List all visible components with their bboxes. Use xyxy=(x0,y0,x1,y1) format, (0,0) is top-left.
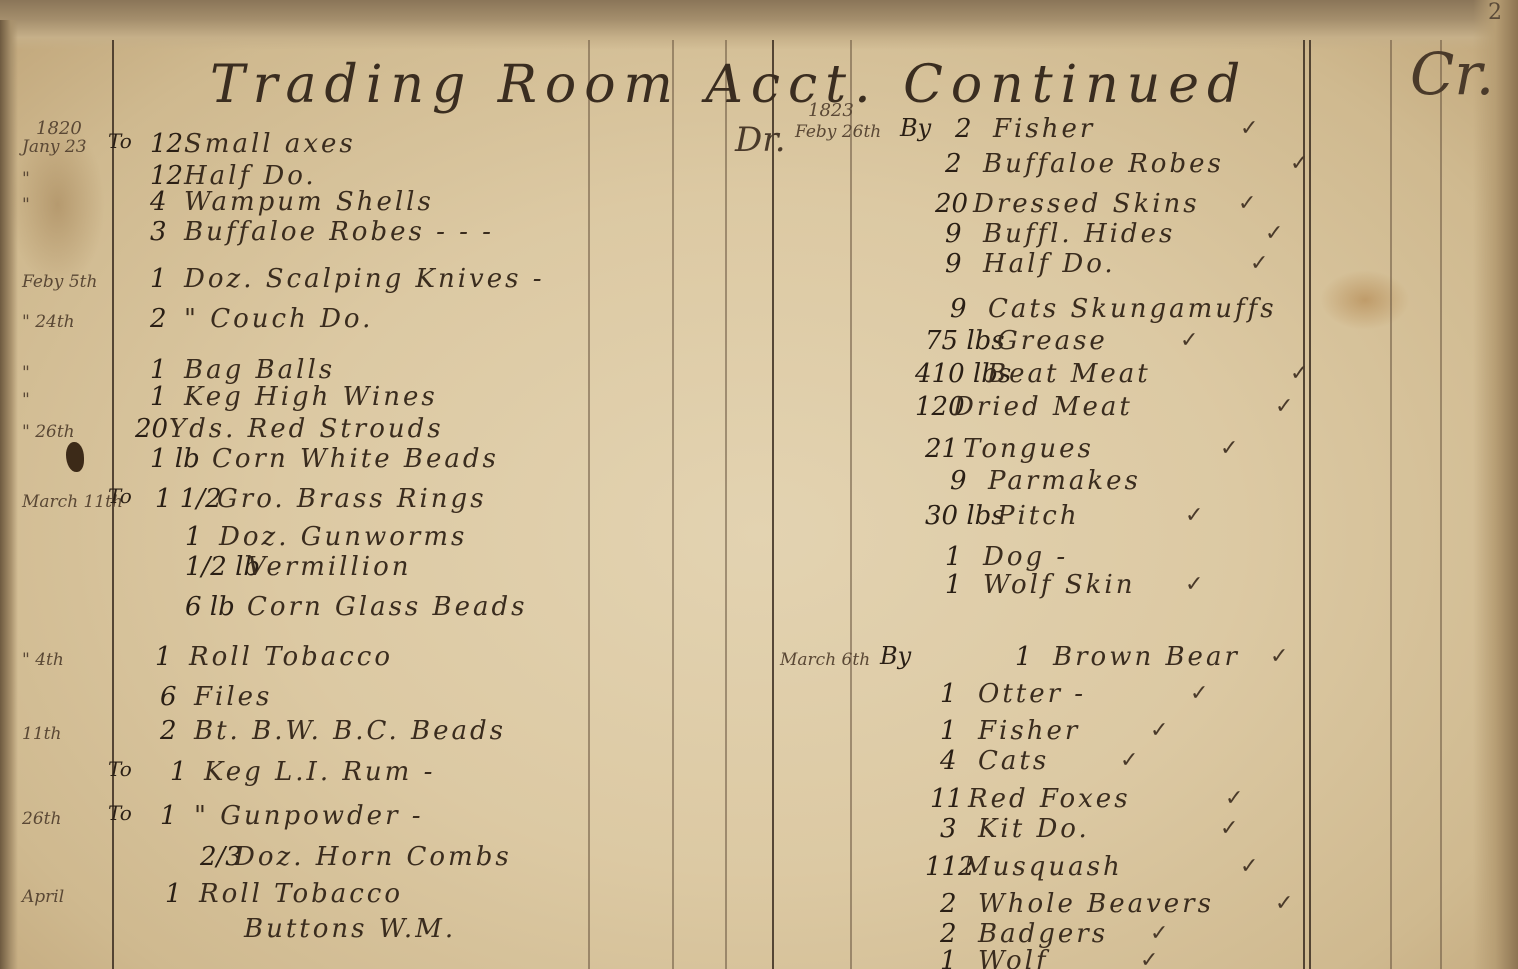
entry-quantity: 1 xyxy=(150,355,167,385)
ink-blot xyxy=(66,442,84,472)
entry-quantity: 1 xyxy=(155,642,172,672)
rule-line xyxy=(588,40,590,969)
entry-item: Doz. Scalping Knives - xyxy=(184,264,544,294)
entry-prefix: To xyxy=(108,801,132,825)
entry-item: Doz. Gunworms xyxy=(219,522,467,552)
entry-quantity: 9 xyxy=(950,466,967,496)
entry-prefix: To xyxy=(108,757,132,781)
entry-date: " 24th xyxy=(22,312,75,332)
entry-item: Grease xyxy=(997,326,1108,356)
entry-item: Bt. B.W. B.C. Beads xyxy=(194,716,506,746)
check-mark-icon: ✓ xyxy=(1140,948,1158,969)
entry-quantity: 2 xyxy=(945,149,962,179)
entry-item: Red Foxes xyxy=(968,784,1131,814)
entry-quantity: 1 xyxy=(165,879,182,909)
entry-item: Dressed Skins xyxy=(973,189,1200,219)
entry-item: Cats xyxy=(978,746,1049,776)
entry-item: Half Do. xyxy=(983,249,1116,279)
debit-marker: Dr. xyxy=(735,120,786,160)
entry-date: Feby 26th xyxy=(795,122,881,142)
check-mark-icon: ✓ xyxy=(1290,361,1308,386)
entry-quantity: 75 lbs xyxy=(925,326,1005,356)
rule-line xyxy=(772,40,774,969)
page-right-edge xyxy=(1473,0,1518,969)
check-mark-icon: ✓ xyxy=(1190,681,1208,706)
entry-item: Pitch xyxy=(997,501,1080,531)
entry-item: Wolf xyxy=(978,946,1049,969)
entry-item: Tongues xyxy=(963,434,1094,464)
entry-item: Keg L.I. Rum - xyxy=(204,757,435,787)
rule-line xyxy=(1303,40,1305,969)
entry-quantity: 2 xyxy=(160,716,177,746)
check-mark-icon: ✓ xyxy=(1225,786,1243,811)
entry-item: Corn Glass Beads xyxy=(247,592,528,622)
entry-quantity: 1 xyxy=(945,542,962,572)
rule-line xyxy=(1390,40,1392,969)
entry-item: Small axes xyxy=(184,129,356,159)
entry-item: Wampum Shells xyxy=(184,187,434,217)
check-mark-icon: ✓ xyxy=(1120,748,1138,773)
entry-quantity: 1 xyxy=(185,522,202,552)
entry-quantity: 2 xyxy=(940,889,957,919)
entry-quantity: 4 xyxy=(940,746,957,776)
entry-item: Beat Meat xyxy=(987,359,1151,389)
entry-date: April xyxy=(22,887,64,907)
entry-item: Parmakes xyxy=(988,466,1141,496)
check-mark-icon: ✓ xyxy=(1150,718,1168,743)
rule-line xyxy=(672,40,674,969)
entry-item: Kit Do. xyxy=(978,814,1090,844)
check-mark-icon: ✓ xyxy=(1238,191,1256,216)
entry-item: Buttons W.M. xyxy=(244,914,456,944)
entry-item: Buffaloe Robes xyxy=(983,149,1224,179)
rule-line xyxy=(850,40,852,969)
check-mark-icon: ✓ xyxy=(1220,816,1238,841)
entry-item: Fisher xyxy=(993,114,1095,144)
check-mark-icon: ✓ xyxy=(1240,854,1258,879)
check-mark-icon: ✓ xyxy=(1275,891,1293,916)
entry-item: Buffl. Hides xyxy=(983,219,1175,249)
entry-quantity: 3 xyxy=(150,217,167,247)
check-mark-icon: ✓ xyxy=(1185,572,1203,597)
entry-quantity: 3 xyxy=(940,814,957,844)
entry-item: Dried Meat xyxy=(953,392,1133,422)
entry-item: Vermillion xyxy=(247,552,412,582)
entry-quantity: 1 xyxy=(160,801,177,831)
entry-quantity: 6 xyxy=(160,682,177,712)
rule-line xyxy=(1309,40,1311,969)
entry-quantity: 30 lbs xyxy=(925,501,1005,531)
entry-prefix: By xyxy=(880,642,911,670)
entry-quantity: 21 xyxy=(925,434,958,464)
entry-quantity: 9 xyxy=(945,249,962,279)
check-mark-icon: ✓ xyxy=(1220,436,1238,461)
right-year: 1823 xyxy=(808,100,854,121)
page-number: 2 xyxy=(1488,0,1502,25)
entry-date: 11th xyxy=(22,724,61,744)
entry-quantity: 1 xyxy=(940,679,957,709)
entry-item: Corn White Beads xyxy=(212,444,499,474)
entry-date: " xyxy=(22,195,30,215)
rule-line xyxy=(1440,40,1442,969)
entry-quantity: 2 xyxy=(150,304,167,334)
entry-quantity: 2 xyxy=(955,114,972,144)
entry-quantity: 11 xyxy=(930,784,963,814)
entry-item: Bag Balls xyxy=(184,355,335,385)
entry-item: Musquash xyxy=(963,852,1123,882)
entry-item: Brown Bear xyxy=(1053,642,1240,672)
entry-quantity: 1 xyxy=(150,382,167,412)
entry-quantity: 1 xyxy=(170,757,187,787)
ink-stain xyxy=(1320,270,1410,330)
left-year: 1820 xyxy=(36,118,82,139)
entry-prefix: By xyxy=(900,114,931,142)
entry-quantity: 6 lb xyxy=(185,592,235,622)
check-mark-icon: ✓ xyxy=(1150,921,1168,946)
entry-date: Feby 5th xyxy=(22,272,97,292)
check-mark-icon: ✓ xyxy=(1265,221,1283,246)
rule-line xyxy=(725,40,727,969)
check-mark-icon: ✓ xyxy=(1290,151,1308,176)
entry-date: 26th xyxy=(22,809,61,829)
entry-item: Gro. Brass Rings xyxy=(217,484,487,514)
entry-item: Badgers xyxy=(978,919,1108,949)
entry-quantity: 9 xyxy=(950,294,967,324)
check-mark-icon: ✓ xyxy=(1185,503,1203,528)
entry-quantity: 1 lb xyxy=(150,444,200,474)
entry-quantity: 20 xyxy=(135,414,168,444)
entry-quantity: 1 xyxy=(940,946,957,969)
check-mark-icon: ✓ xyxy=(1275,394,1293,419)
entry-item: " Gunpowder - xyxy=(194,801,424,831)
entry-item: Doz. Horn Combs xyxy=(234,842,512,872)
entry-quantity: 2 xyxy=(940,919,957,949)
entry-item: Whole Beavers xyxy=(978,889,1214,919)
entry-prefix: To xyxy=(108,484,132,508)
entry-quantity: 1 xyxy=(945,570,962,600)
entry-date: " xyxy=(22,363,30,383)
entry-item: " Couch Do. xyxy=(184,304,373,334)
check-mark-icon: ✓ xyxy=(1240,116,1258,141)
entry-date: March 6th xyxy=(780,650,870,670)
check-mark-icon: ✓ xyxy=(1270,644,1288,669)
entry-date: " xyxy=(22,390,30,410)
entry-item: Fisher xyxy=(978,716,1080,746)
ledger-page: Trading Room Acct. Continued Cr. 2 Dr. 1… xyxy=(0,0,1518,969)
entry-item: Yds. Red Strouds xyxy=(169,414,444,444)
entry-item: Wolf Skin xyxy=(983,570,1135,600)
credit-marker: Cr. xyxy=(1410,40,1494,108)
entry-quantity: 1 xyxy=(150,264,167,294)
entry-quantity: 12 xyxy=(150,129,183,159)
entry-quantity: 4 xyxy=(150,187,167,217)
entry-quantity: 1 xyxy=(940,716,957,746)
entry-date: " xyxy=(22,169,30,189)
page-title: Trading Room Acct. Continued xyxy=(210,55,1248,115)
entry-item: Cats Skungamuffs xyxy=(988,294,1277,324)
entry-item: Dog - xyxy=(983,542,1068,572)
page-top-edge xyxy=(0,0,1518,50)
entry-quantity: 1 1/2 xyxy=(155,484,222,514)
entry-quantity: 9 xyxy=(945,219,962,249)
entry-item: Roll Tobacco xyxy=(199,879,403,909)
entry-item: Keg High Wines xyxy=(184,382,438,412)
entry-item: Files xyxy=(194,682,272,712)
check-mark-icon: ✓ xyxy=(1250,251,1268,276)
check-mark-icon: ✓ xyxy=(1180,328,1198,353)
entry-date: Jany 23 xyxy=(22,137,87,157)
entry-item: Otter - xyxy=(978,679,1086,709)
entry-prefix: To xyxy=(108,129,132,153)
entry-quantity: 1 xyxy=(1015,642,1032,672)
entry-quantity: 20 xyxy=(935,189,968,219)
entry-date: " 26th xyxy=(22,422,75,442)
entry-date: " 4th xyxy=(22,650,64,670)
entry-item: Roll Tobacco xyxy=(189,642,393,672)
entry-item: Buffaloe Robes - - - xyxy=(184,217,494,247)
